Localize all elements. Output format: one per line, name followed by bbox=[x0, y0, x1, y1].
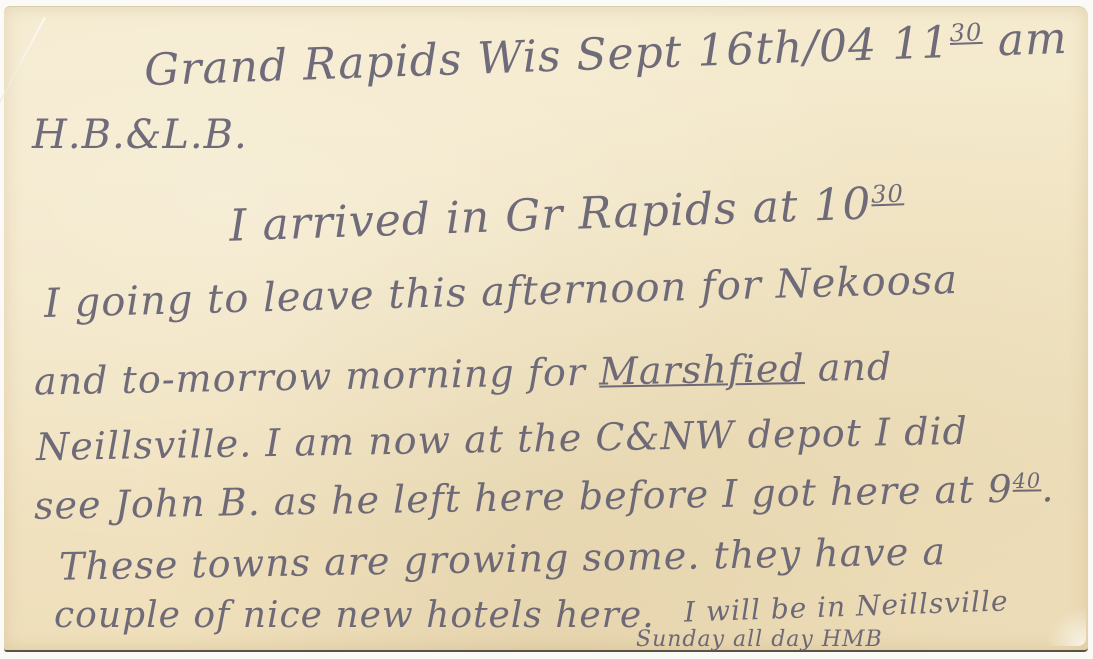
body-line-2: I going to leave this afternoon for Neko… bbox=[44, 257, 959, 327]
worn-corner bbox=[1046, 606, 1086, 646]
signoff: Sunday all day HMB bbox=[636, 627, 883, 652]
body-line-3: and to-morrow morning for Marshfied and bbox=[34, 345, 893, 404]
scan-background: Grand Rapids Wis Sept 16th/04 1130 am H.… bbox=[0, 0, 1093, 659]
body-line-6: These towns are growing some. they have … bbox=[59, 529, 947, 588]
body-line-3-place: Marshfied bbox=[599, 346, 805, 394]
heading-time-suffix: am bbox=[997, 13, 1069, 66]
body-line-1-minutes: 30 bbox=[871, 180, 905, 209]
heading-place-date: Grand Rapids Wis Sept 16th/04 1130 am bbox=[143, 13, 1068, 96]
body-line-5-suffix: . bbox=[1041, 466, 1055, 510]
postcard: Grand Rapids Wis Sept 16th/04 1130 am H.… bbox=[4, 6, 1088, 652]
postscript: I will be in Neillsville bbox=[684, 584, 1010, 628]
heading-place-date-text: Grand Rapids Wis Sept 16th/04 11 bbox=[143, 17, 950, 96]
body-line-7: couple of nice new hotels here. bbox=[54, 595, 655, 636]
body-line-4: Neillsville. I am now at the C&NW depot … bbox=[36, 409, 969, 469]
body-line-5-minutes: 40 bbox=[1012, 469, 1041, 493]
body-line-5: see John B. as he left here before I got… bbox=[34, 466, 1055, 528]
body-line-1: I arrived in Gr Rapids at 1030 bbox=[228, 177, 905, 252]
body-line-3-suffix: and bbox=[804, 345, 892, 391]
body-line-5-text: see John B. as he left here before I got… bbox=[34, 467, 1013, 528]
heading-time-minutes: 30 bbox=[949, 18, 983, 47]
body-line-3-prefix: and to-morrow morning for bbox=[34, 350, 600, 404]
greeting: H.B.&L.B. bbox=[32, 112, 248, 158]
body-line-1-text: I arrived in Gr Rapids at 10 bbox=[228, 178, 872, 251]
